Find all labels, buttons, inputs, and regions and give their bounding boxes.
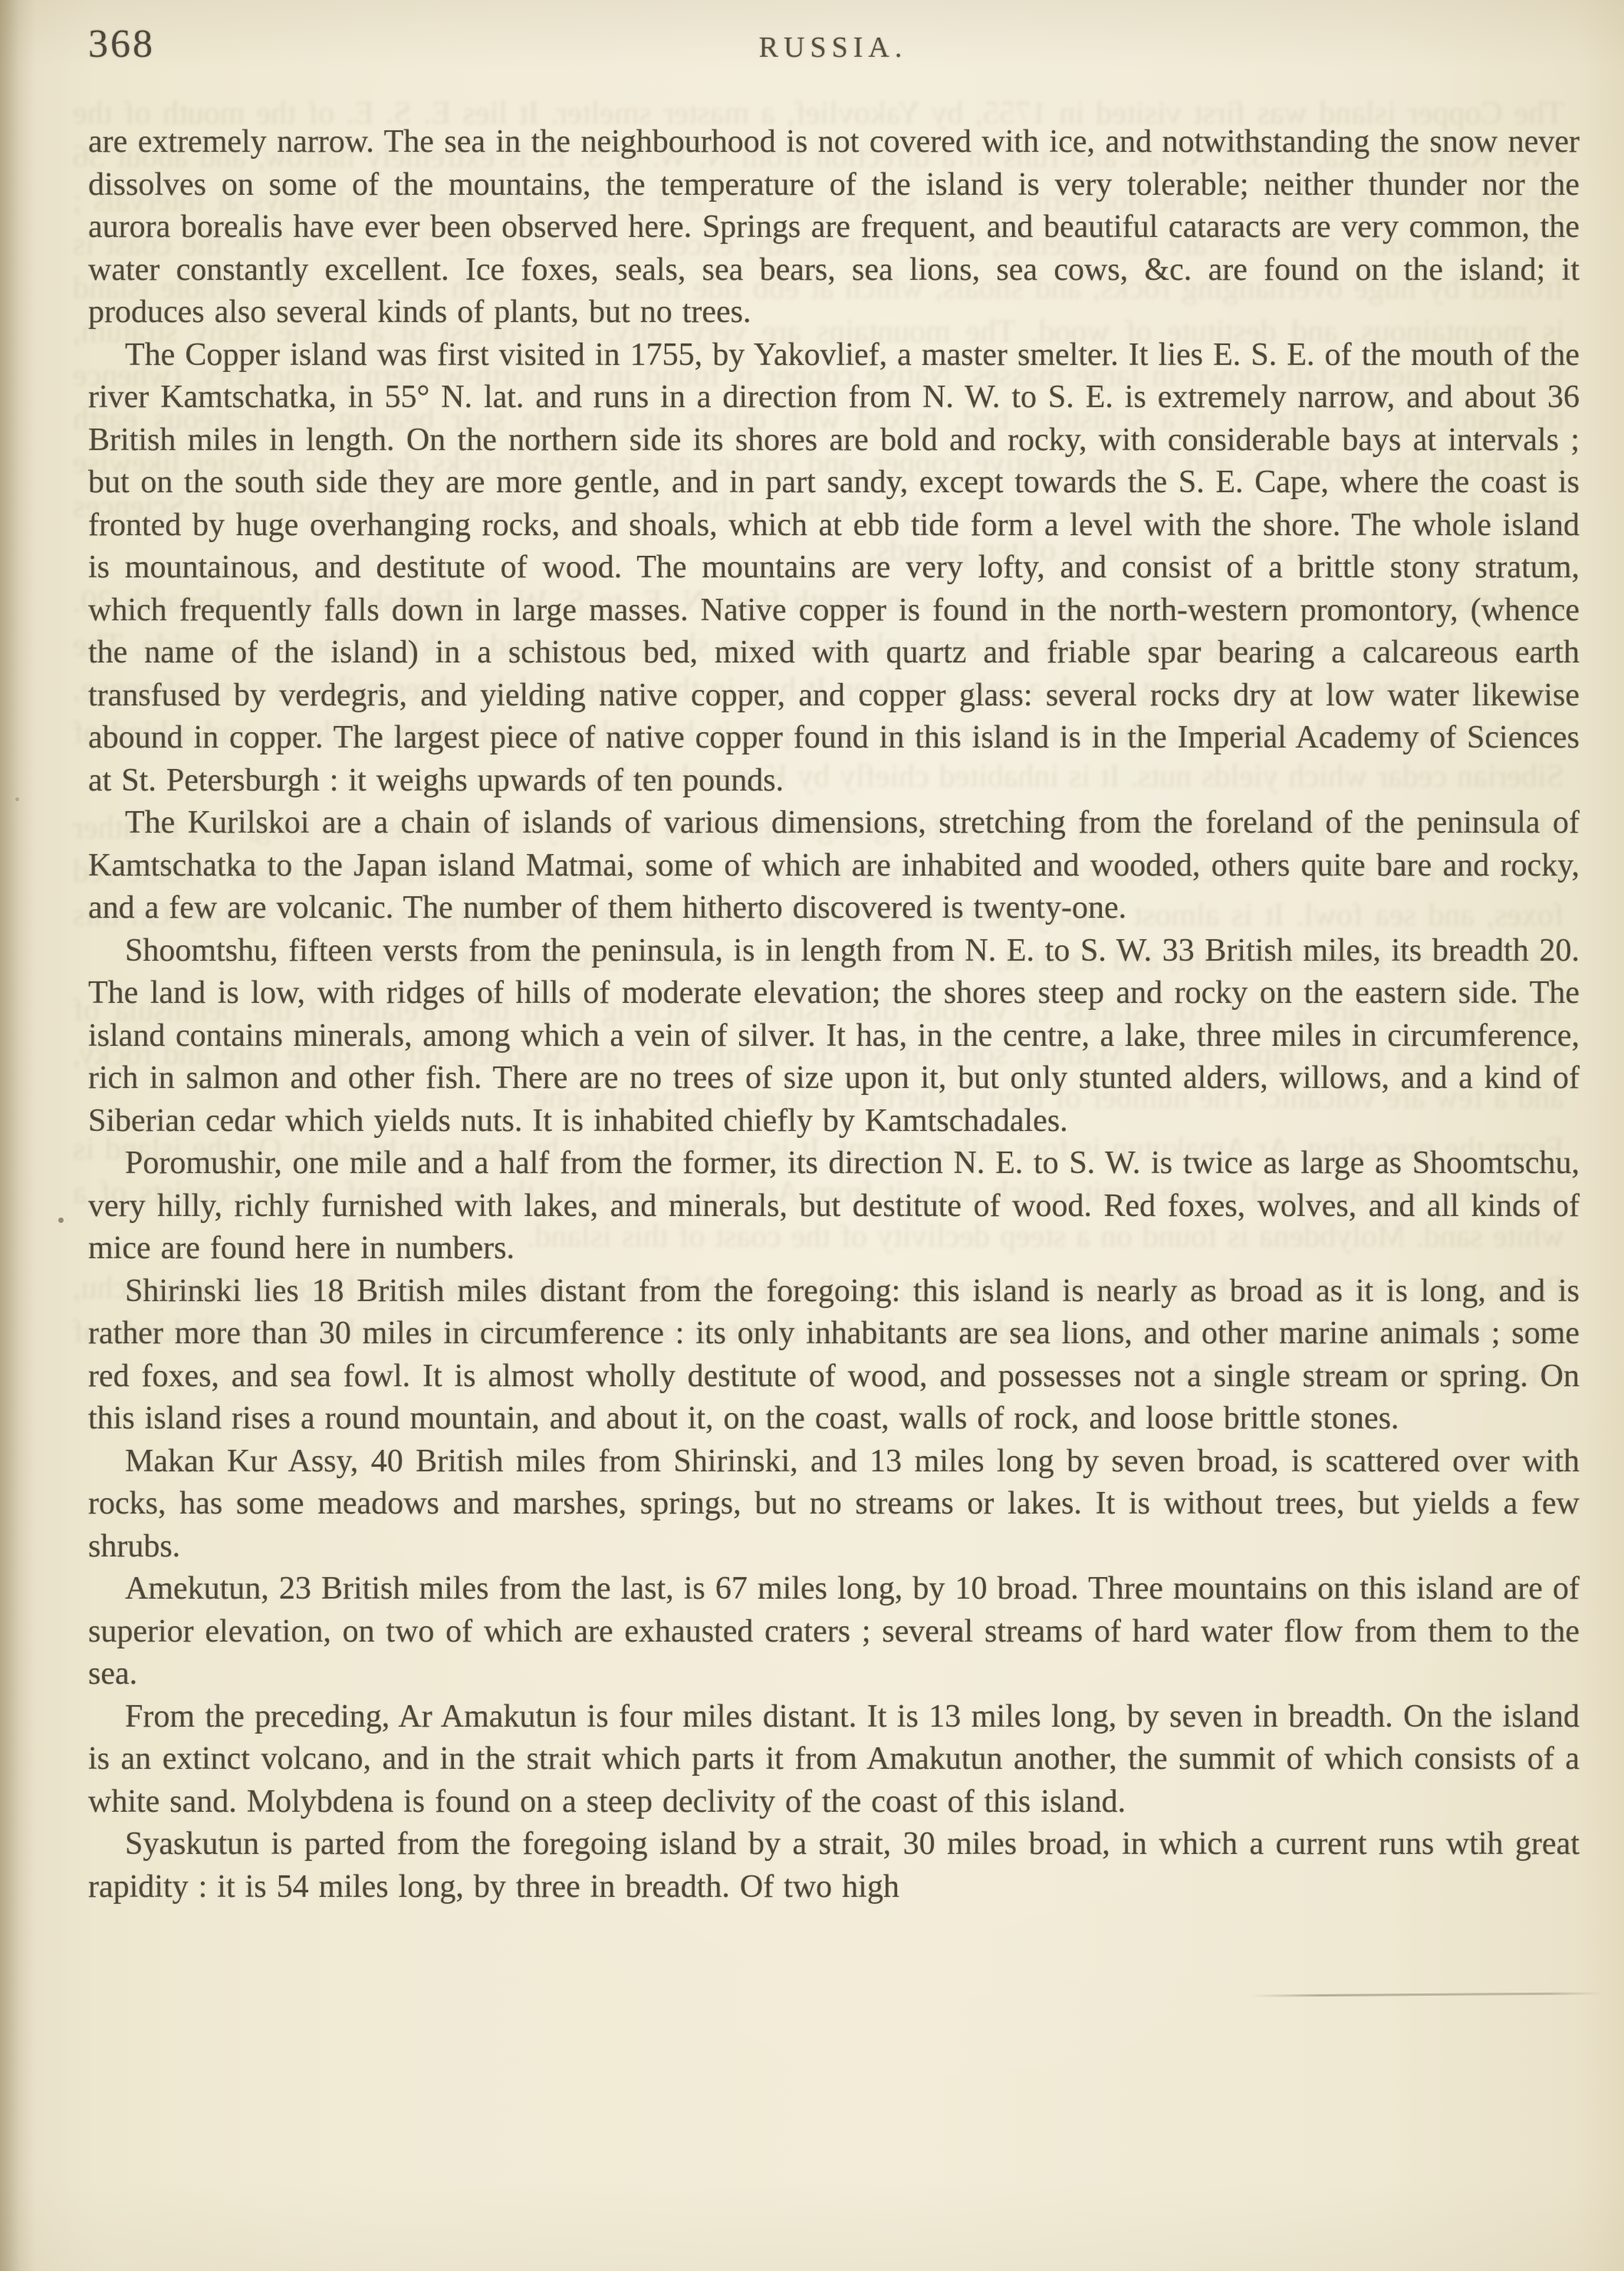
ink-speck (15, 797, 19, 801)
running-head-row: 368 RUSSIA. (88, 21, 1578, 75)
paragraph-4-shoomtshu: Shoomtshu, fifteen versts from the penin… (88, 930, 1580, 1143)
paragraph-1: are extremely narrow. The sea in the nei… (88, 121, 1580, 334)
paragraph-5-poromushir: Poromushir, one mile and a half from the… (88, 1142, 1580, 1270)
binding-edge-shadow (0, 0, 35, 2271)
scanned-book-page: { "page": { "number": "368", "running_he… (0, 0, 1624, 2271)
ink-speck (491, 997, 495, 1001)
ink-speck (58, 1218, 64, 1223)
scan-artifact-line (1250, 1992, 1603, 1997)
page-background: The Copper island was first visited in 1… (0, 0, 1624, 2271)
running-head-title: RUSSIA. (88, 31, 1578, 64)
paragraph-6-shirinski: Shirinski lies 18 British miles distant … (88, 1270, 1580, 1441)
paragraph-3-kurilskoi: The Kurilskoi are a chain of islands of … (88, 802, 1580, 930)
body-text: are extremely narrow. The sea in the nei… (88, 121, 1580, 1908)
paragraph-2-copper-island: The Copper island was first visited in 1… (88, 334, 1580, 803)
paragraph-8-amekutun: Amekutun, 23 British miles from the last… (88, 1568, 1580, 1696)
paragraph-9-ar-amakutun: From the preceding, Ar Amakutun is four … (88, 1696, 1580, 1824)
paragraph-7-makan-kur-assy: Makan Kur Assy, 40 British miles from Sh… (88, 1441, 1580, 1569)
paragraph-10-syaskutun: Syaskutun is parted from the foregoing i… (88, 1823, 1580, 1908)
